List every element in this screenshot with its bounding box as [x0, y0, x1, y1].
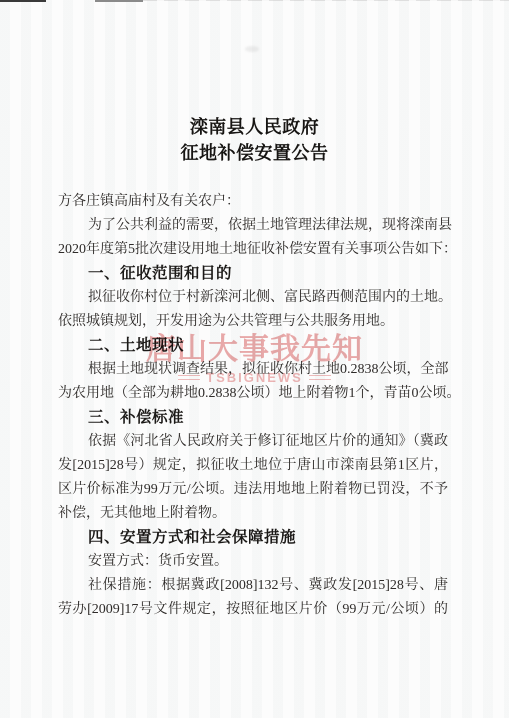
scan-artifact-segment [95, 0, 143, 2]
section-heading-1: 一、征收范围和目的 [58, 262, 448, 286]
paragraph-line: 依照城镇规划，开发用途为公共管理与公共服务用地。 [58, 310, 448, 334]
title-line-issuer: 滦南县人民政府 [0, 114, 509, 140]
document-body: 方各庄镇高庙村及有关农户： 为了公共利益的需要，依据土地管理法律法规，现将滦南县… [58, 190, 448, 622]
title-line-subject: 征地补偿安置公告 [0, 140, 509, 166]
scanned-document-page: 滦南县人民政府 征地补偿安置公告 方各庄镇高庙村及有关农户： 为了公共利益的需要… [0, 0, 509, 718]
paragraph-line: 根据土地现状调查结果，拟征收你村土地0.2838公顷，全部 [58, 358, 448, 382]
scan-smudge [245, 46, 259, 52]
paragraph-line: 2020年度第5批次建设用地土地征收补偿安置有关事项公告如下： [58, 238, 448, 262]
paragraph-line: 社保措施：根据冀政[2008]132号、冀政发[2015]28号、唐 [58, 574, 448, 598]
paragraph-line: 补偿，无其他地上附着物。 [58, 502, 448, 526]
scan-artifact-top-edge [0, 0, 509, 3]
paragraph-line: 为了公共利益的需要，依据土地管理法律法规，现将滦南县 [58, 214, 448, 238]
paragraph-line: 为农用地（全部为耕地0.2838公顷）地上附着物1个，青苗0公顷。 [58, 382, 448, 406]
paragraph-line: 劳办[2009]17号文件规定，按照征地区片价（99万元/公顷）的 [58, 598, 448, 622]
paragraph-line: 拟征收你村位于村新滦河北侧、富民路西侧范围内的土地。 [58, 286, 448, 310]
scan-artifact-segment [143, 0, 509, 1]
paragraph-line: 区片价标准为99万元/公顷。违法用地地上附着物已罚没，不予 [58, 478, 448, 502]
paragraph-line: 发[2015]28号）规定，拟征收土地位于唐山市滦南县第1区片， [58, 454, 448, 478]
salutation-line: 方各庄镇高庙村及有关农户： [58, 190, 448, 214]
section-heading-4: 四、安置方式和社会保障措施 [58, 526, 448, 550]
document-title: 滦南县人民政府 征地补偿安置公告 [0, 114, 509, 166]
paragraph-line: 依据《河北省人民政府关于修订征地区片价的通知》（冀政 [58, 430, 448, 454]
section-heading-2: 二、土地现状 [58, 334, 448, 358]
scan-artifact-segment [0, 0, 46, 2]
section-heading-3: 三、补偿标准 [58, 406, 448, 430]
paragraph-line: 安置方式：货币安置。 [58, 550, 448, 574]
